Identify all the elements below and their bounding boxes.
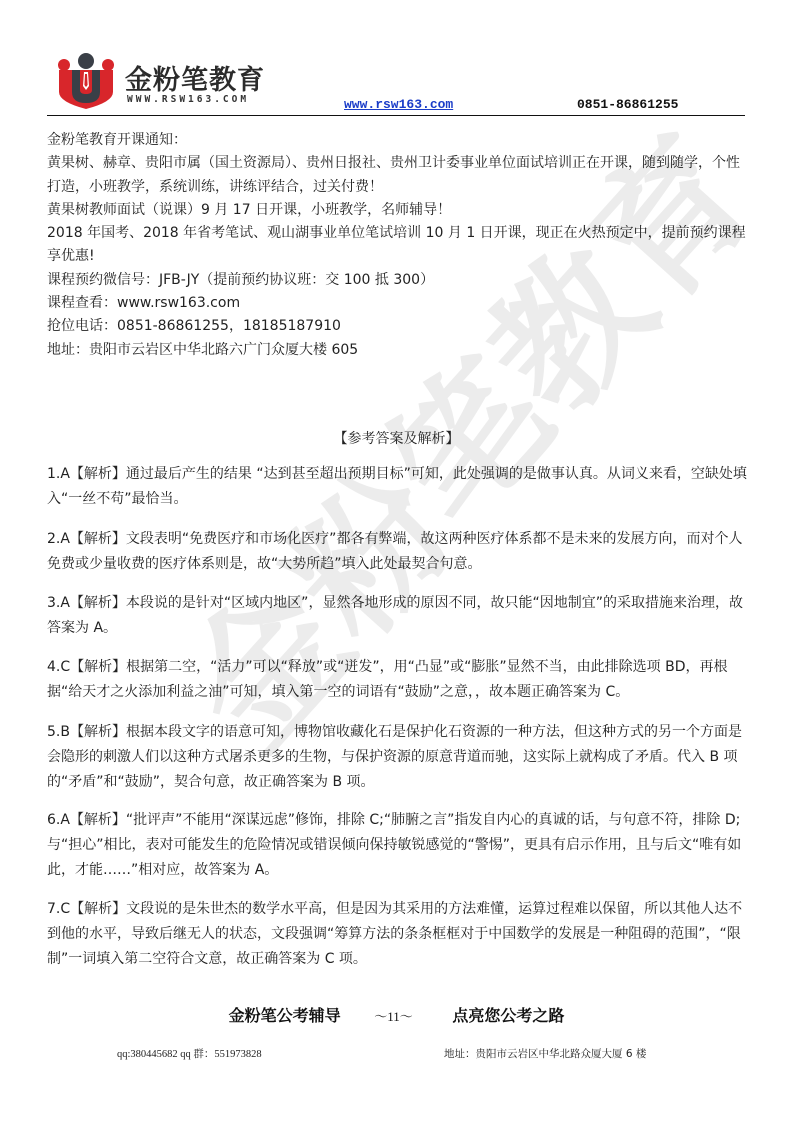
brand-website: WWW.RSW163.COM xyxy=(127,94,249,105)
answer-item-4: 4.C【解析】根据第二空，“活力”可以“释放”或“迸发”，用“凸显”或“膨胀”显… xyxy=(47,655,747,705)
page-number: ～11～ xyxy=(374,1006,413,1025)
notice-website: 课程查看：www.rsw163.com xyxy=(47,292,747,315)
notice-wechat: 课程预约微信号：JFB-JY（提前预约协议班：交 100 抵 300） xyxy=(47,269,747,292)
footer-qq: qq:380445682 qq 群：551973828 xyxy=(117,1046,262,1061)
notice-title: 金粉笔教育开课通知： xyxy=(47,129,747,152)
brand-logo-icon xyxy=(53,52,119,110)
course-notice: 金粉笔教育开课通知： 黄果树、赫章、贵阳市属（国土资源局）、贵州日报社、贵州卫计… xyxy=(47,129,747,362)
website-link[interactable]: www.rsw163.com xyxy=(344,97,453,112)
page-footer: 金粉笔公考辅导 ～11～ 点亮您公考之路 xyxy=(0,1003,793,1026)
document-page: 金粉笔教育 金粉笔教育 WWW.RSW163.COM www.rsw163.co… xyxy=(0,0,793,1122)
answers-heading: 【参考答案及解析】 xyxy=(0,428,793,448)
answer-item-6: 6.A【解析】“批评声”不能用“深谋远虑”修饰，排除 C;“肺腑之言”指发自内心… xyxy=(47,808,747,883)
answer-item-5: 5.B【解析】根据本段文字的语意可知，博物馆收藏化石是保护化石资源的一种方法，但… xyxy=(47,720,747,795)
answer-item-3: 3.A【解析】本段说的是针对“区域内地区”，显然各地形成的原因不同，故只能“因地… xyxy=(47,591,747,641)
answer-item-1: 1.A【解析】通过最后产生的结果 “达到甚至超出预期目标”可知，此处强调的是做事… xyxy=(47,462,747,512)
header-divider xyxy=(47,115,745,116)
footer-address: 地址：贵阳市云岩区中华北路众厦大厦 6 楼 xyxy=(444,1046,646,1061)
brand-name: 金粉笔教育 xyxy=(125,58,265,97)
footer-slogan-right: 点亮您公考之路 xyxy=(452,1003,564,1026)
header-phone: 0851-86861255 xyxy=(577,97,678,112)
notice-address: 地址：贵阳市云岩区中华北路六广门众厦大楼 605 xyxy=(47,339,747,362)
page-header: 金粉笔教育 WWW.RSW163.COM www.rsw163.com 0851… xyxy=(47,50,747,116)
answer-item-2: 2.A【解析】文段表明“免费医疗和市场化医疗”都各有弊端，故这两种医疗体系都不是… xyxy=(47,527,747,577)
notice-line: 黄果树教师面试（说课）9 月 17 日开课，小班教学，名师辅导！ xyxy=(47,199,747,222)
notice-phone: 抢位电话：0851-86861255，18185187910 xyxy=(47,315,747,338)
notice-line: 2018 年国考、2018 年省考笔试、观山湖事业单位笔试培训 10 月 1 日… xyxy=(47,222,747,269)
footer-slogan-left: 金粉笔公考辅导 xyxy=(229,1003,341,1026)
notice-line: 黄果树、赫章、贵阳市属（国土资源局）、贵州日报社、贵州卫计委事业单位面试培训正在… xyxy=(47,152,747,199)
answer-item-7: 7.C【解析】文段说的是朱世杰的数学水平高，但是因为其采用的方法难懂，运算过程难… xyxy=(47,897,747,972)
